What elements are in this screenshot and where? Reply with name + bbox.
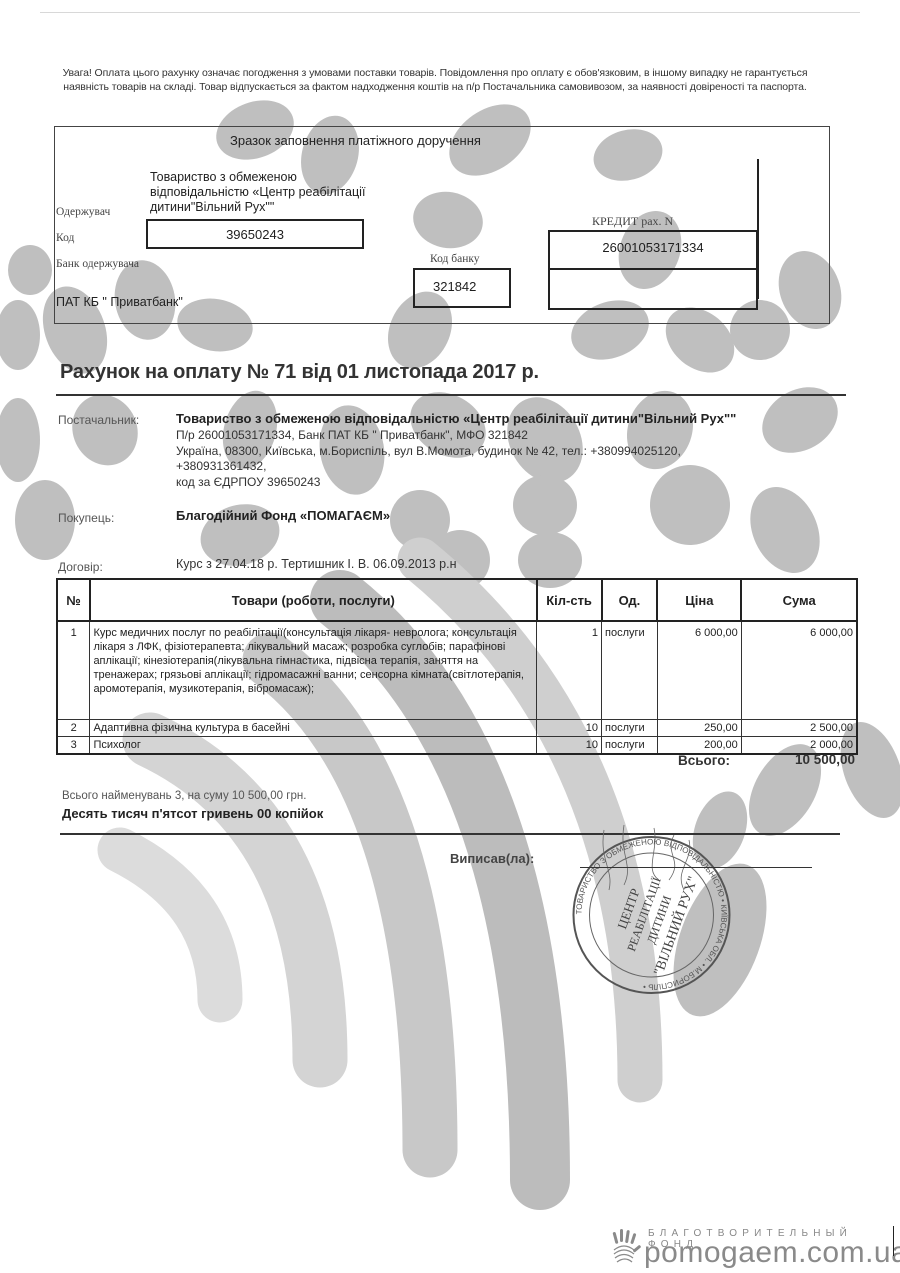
header-price: Ціна [657, 579, 741, 621]
row-unit: послуги [602, 737, 658, 755]
top-rule [40, 12, 860, 13]
row-price: 200,00 [657, 737, 741, 755]
header-goods: Товари (роботи, послуги) [90, 579, 537, 621]
payment-sample-title: Зразок заповнення платіжного доручення [230, 133, 481, 148]
divider [548, 268, 758, 270]
bank-code-label: Код банку [430, 253, 480, 265]
row-sum: 6 000,00 [741, 621, 857, 720]
row-number: 2 [57, 720, 90, 737]
buyer-name: Благодійний Фонд «ПОМАГАЄМ» [176, 508, 390, 523]
header-unit: Од. [602, 579, 658, 621]
supplier-details: П/р 26001053171334, Банк ПАТ КБ " Приват… [176, 428, 681, 490]
table-row: 1 Курс медичних послуг по реабілітації(к… [57, 621, 857, 720]
signature-line [580, 867, 812, 868]
row-quantity: 10 [537, 720, 602, 737]
recipient-name: Товариство з обмеженою відповідальністю … [150, 170, 365, 215]
bank-code: 321842 [413, 268, 511, 308]
code-label: Код [56, 232, 74, 244]
total-label: Всього: [678, 753, 730, 768]
table-header-row: № Товари (роботи, послуги) Кіл-сть Од. Ц… [57, 579, 857, 621]
supplier-label: Постачальник: [58, 413, 139, 427]
row-goods: Курс медичних послуг по реабілітації(кон… [90, 621, 537, 720]
brand-name: pomogaem.com.ua [644, 1236, 900, 1270]
invoice-document: Увага! Оплата цього рахунку означає пого… [0, 0, 900, 1273]
credit-account: 26001053171334 [548, 240, 758, 255]
amount-in-words: Десять тисяч п'ятсот гривень 00 копійок [62, 806, 323, 821]
header-number: № [57, 579, 90, 621]
supplier-name: Товариство з обмеженою відповідальністю … [176, 411, 736, 426]
items-table: № Товари (роботи, послуги) Кіл-сть Од. Ц… [56, 578, 858, 755]
row-sum: 2 500,00 [741, 720, 857, 737]
row-quantity: 1 [537, 621, 602, 720]
table-row: 2 Адаптивна фізична культура в басейні 1… [57, 720, 857, 737]
credit-account-label: КРЕДИТ рах. N [592, 214, 673, 229]
svg-text:ТОВАРИСТВО З ОБМЕЖЕНОЮ ВІДПОВІ: ТОВАРИСТВО З ОБМЕЖЕНОЮ ВІДПОВІДАЛЬНІСТЮ … [574, 837, 728, 991]
contract-label: Договір: [58, 560, 103, 574]
invoice-title: Рахунок на оплату № 71 від 01 листопада … [60, 361, 539, 384]
total-value: 10 500,00 [760, 752, 855, 767]
recipient-label: Одержувач [56, 206, 110, 218]
header-sum: Сума [741, 579, 857, 621]
row-price: 6 000,00 [657, 621, 741, 720]
contract-value: Курс з 27.04.18 р. Тертишник І. В. 06.09… [176, 557, 457, 571]
bank-label: Банк одержувача [56, 258, 139, 270]
payment-notice: Увага! Оплата цього рахунку означає пого… [40, 66, 830, 94]
company-stamp-icon: ТОВАРИСТВО З ОБМЕЖЕНОЮ ВІДПОВІДАЛЬНІСТЮ … [564, 820, 739, 995]
row-number: 1 [57, 621, 90, 720]
header-quantity: Кіл-сть [537, 579, 602, 621]
row-goods: Психолог [90, 737, 537, 755]
row-goods: Адаптивна фізична культура в басейні [90, 720, 537, 737]
divider [893, 1226, 894, 1256]
row-quantity: 10 [537, 737, 602, 755]
row-unit: послуги [602, 621, 658, 720]
buyer-label: Покупець: [58, 511, 114, 525]
row-number: 3 [57, 737, 90, 755]
issued-by-label: Виписав(ла): [450, 851, 534, 866]
table-row: 3 Психолог 10 послуги 200,00 2 000,00 [57, 737, 857, 755]
title-rule [56, 394, 846, 396]
recipient-code: 39650243 [146, 219, 364, 249]
row-unit: послуги [602, 720, 658, 737]
row-price: 250,00 [657, 720, 741, 737]
items-summary: Всього найменувань 3, на суму 10 500,00 … [62, 790, 306, 802]
hand-print-icon [608, 1228, 644, 1264]
bank-name: ПАТ КБ " Приватбанк" [56, 295, 183, 309]
